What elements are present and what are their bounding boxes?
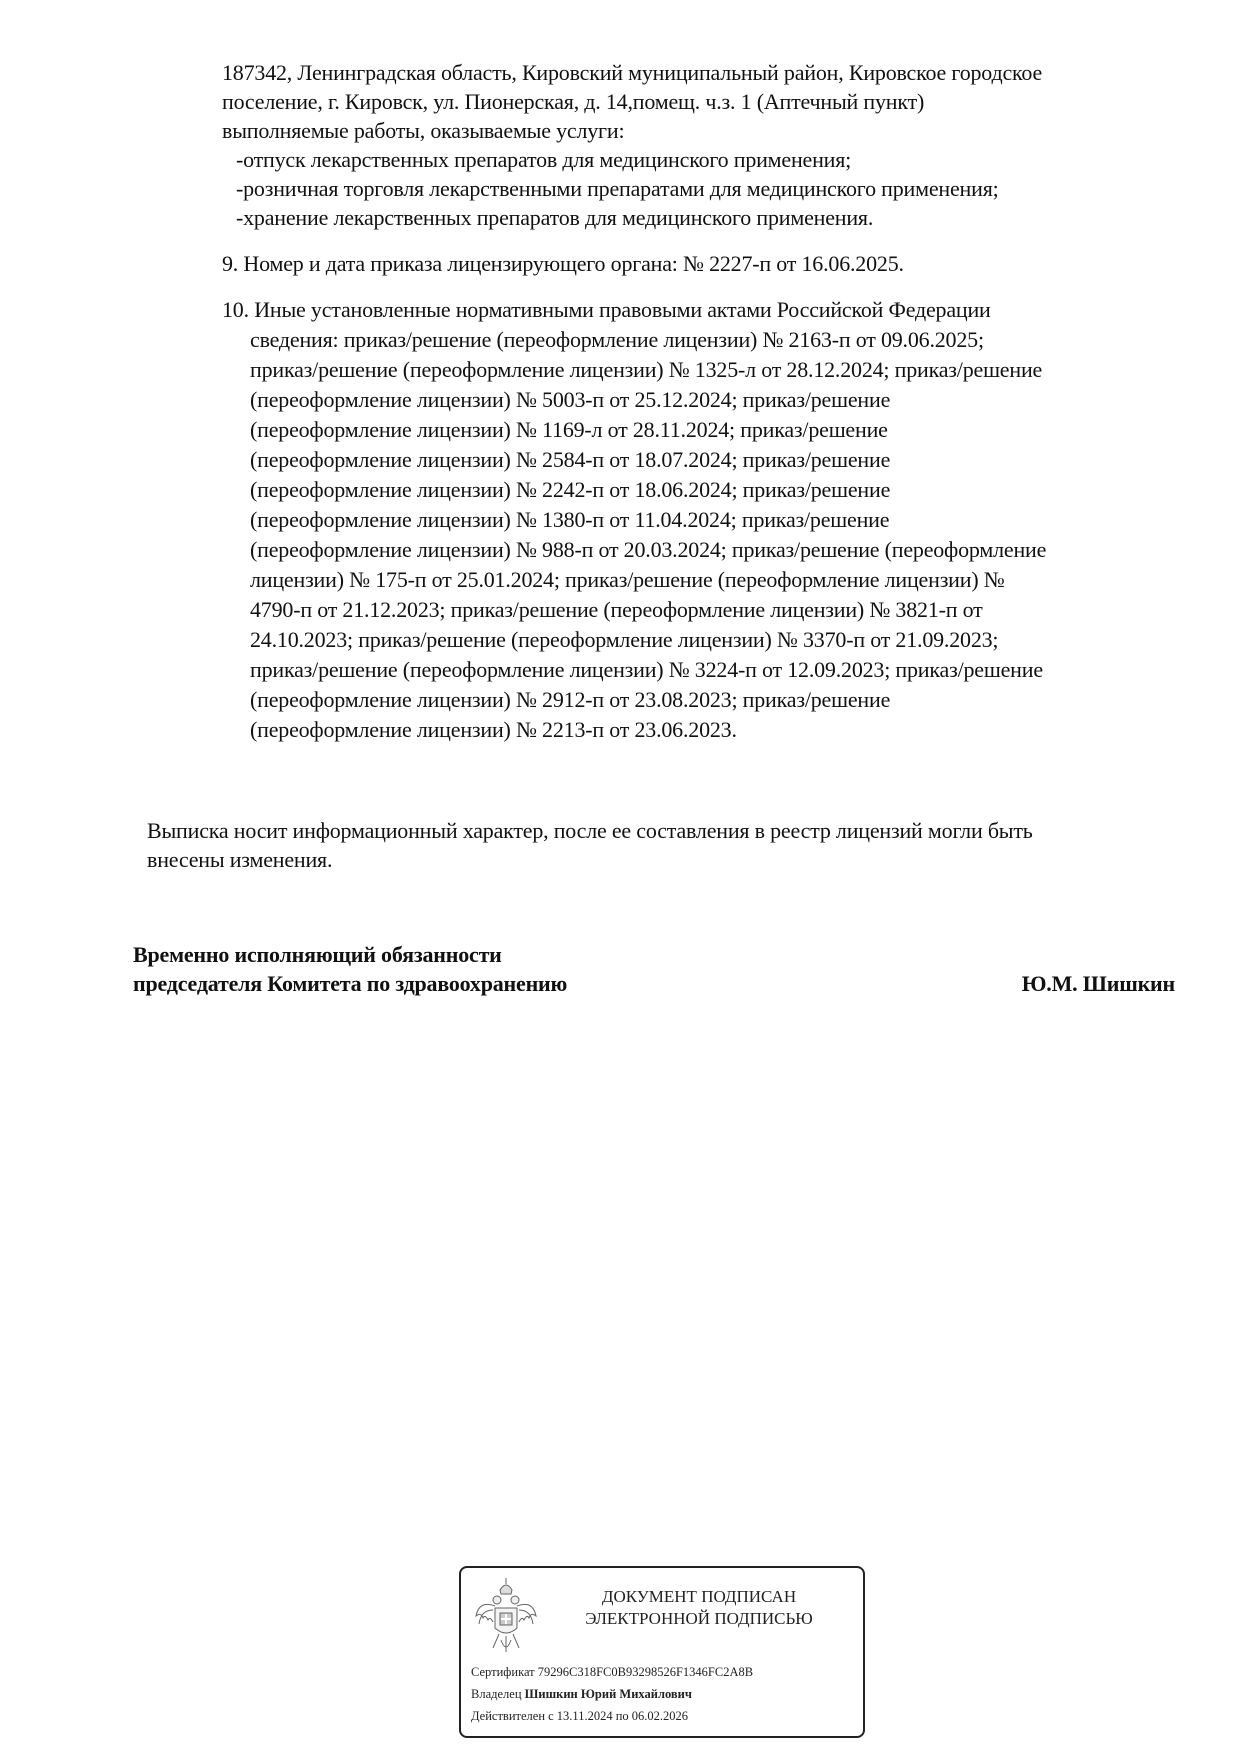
- coat-of-arms-icon: [473, 1576, 539, 1658]
- service-item: -хранение лекарственных препаратов для м…: [236, 203, 873, 233]
- address-line-1: 187342, Ленинградская область, Кировский…: [222, 58, 1042, 88]
- stamp-title-line-1: ДОКУМЕНТ ПОДПИСАН: [549, 1586, 849, 1608]
- services-heading: выполняемые работы, оказываемые услуги:: [222, 116, 624, 146]
- item-10-line: (переоформление лицензии) № 988-п от 20.…: [250, 535, 1046, 565]
- item-10-line: 10. Иные установленные нормативными прав…: [222, 295, 991, 325]
- item-10-line: лицензии) № 175-п от 25.01.2024; приказ/…: [250, 565, 1005, 595]
- address-line-2: поселение, г. Кировск, ул. Пионерская, д…: [222, 87, 924, 117]
- stamp-certificate: Сертификат 79296C318FC0B93298526F1346FC2…: [471, 1664, 753, 1680]
- stamp-title-line-2: ЭЛЕКТРОННОЙ ПОДПИСЬЮ: [549, 1608, 849, 1630]
- owner-label: Владелец: [471, 1687, 522, 1701]
- signatory-position-line-2: председателя Комитета по здравоохранению: [133, 969, 567, 999]
- stamp-owner: Владелец Шишкин Юрий Михайлович: [471, 1686, 692, 1702]
- owner-value: Шишкин Юрий Михайлович: [525, 1687, 692, 1701]
- stamp-validity: Действителен с 13.11.2024 по 06.02.2026: [471, 1708, 688, 1724]
- item-10-line: 4790-п от 21.12.2023; приказ/решение (пе…: [250, 595, 983, 625]
- item-9-order: 9. Номер и дата приказа лицензирующего о…: [222, 249, 904, 279]
- service-item: -розничная торговля лекарственными препа…: [236, 174, 999, 204]
- item-10-line: приказ/решение (переоформление лицензии)…: [250, 655, 1043, 685]
- item-10-line: (переоформление лицензии) № 2912-п от 23…: [250, 685, 890, 715]
- signatory-position-line-1: Временно исполняющий обязанности: [133, 940, 502, 970]
- disclaimer-line-1: Выписка носит информационный характер, п…: [147, 816, 1033, 846]
- item-10-line: приказ/решение (переоформление лицензии)…: [250, 355, 1042, 385]
- stamp-title: ДОКУМЕНТ ПОДПИСАН ЭЛЕКТРОННОЙ ПОДПИСЬЮ: [549, 1586, 849, 1630]
- signatory-name: Ю.М. Шишкин: [1022, 969, 1175, 999]
- item-10-line: (переоформление лицензии) № 1169-л от 28…: [250, 415, 888, 445]
- item-10-line: 24.10.2023; приказ/решение (переоформлен…: [250, 625, 998, 655]
- item-10-line: (переоформление лицензии) № 2242-п от 18…: [250, 475, 890, 505]
- item-10-line: (переоформление лицензии) № 1380-п от 11…: [250, 505, 889, 535]
- item-10-line: сведения: приказ/решение (переоформление…: [250, 325, 984, 355]
- item-10-line: (переоформление лицензии) № 2584-п от 18…: [250, 445, 890, 475]
- certificate-label: Сертификат: [471, 1665, 535, 1679]
- item-10-line: (переоформление лицензии) № 5003-п от 25…: [250, 385, 890, 415]
- electronic-signature-stamp: ДОКУМЕНТ ПОДПИСАН ЭЛЕКТРОННОЙ ПОДПИСЬЮ С…: [459, 1566, 865, 1738]
- certificate-value: 79296C318FC0B93298526F1346FC2A8B: [538, 1665, 753, 1679]
- service-item: -отпуск лекарственных препаратов для мед…: [236, 145, 851, 175]
- item-10-line: (переоформление лицензии) № 2213-п от 23…: [250, 715, 737, 745]
- disclaimer-line-2: внесены изменения.: [147, 845, 332, 875]
